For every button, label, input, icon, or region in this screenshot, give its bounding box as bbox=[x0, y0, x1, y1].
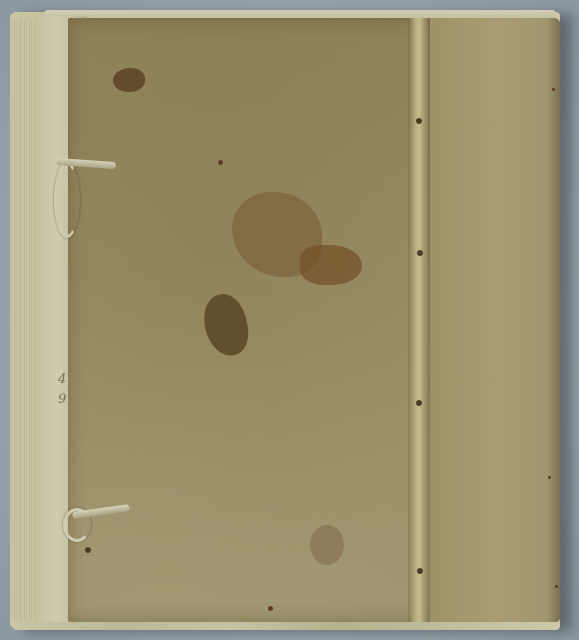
speck bbox=[555, 585, 558, 588]
stitch-hole bbox=[416, 118, 422, 124]
speck bbox=[268, 606, 273, 611]
speck bbox=[552, 88, 555, 91]
stitch-hole bbox=[416, 400, 422, 406]
speck bbox=[218, 160, 223, 165]
spine-fold bbox=[408, 18, 430, 622]
speck bbox=[85, 547, 91, 553]
speck bbox=[548, 476, 551, 479]
stain bbox=[310, 525, 344, 565]
stain bbox=[300, 245, 362, 285]
stitch-hole bbox=[417, 250, 423, 256]
tie-loop-upper bbox=[54, 162, 80, 238]
stain bbox=[113, 68, 145, 92]
stitch-hole bbox=[417, 568, 423, 574]
spine bbox=[430, 18, 560, 622]
